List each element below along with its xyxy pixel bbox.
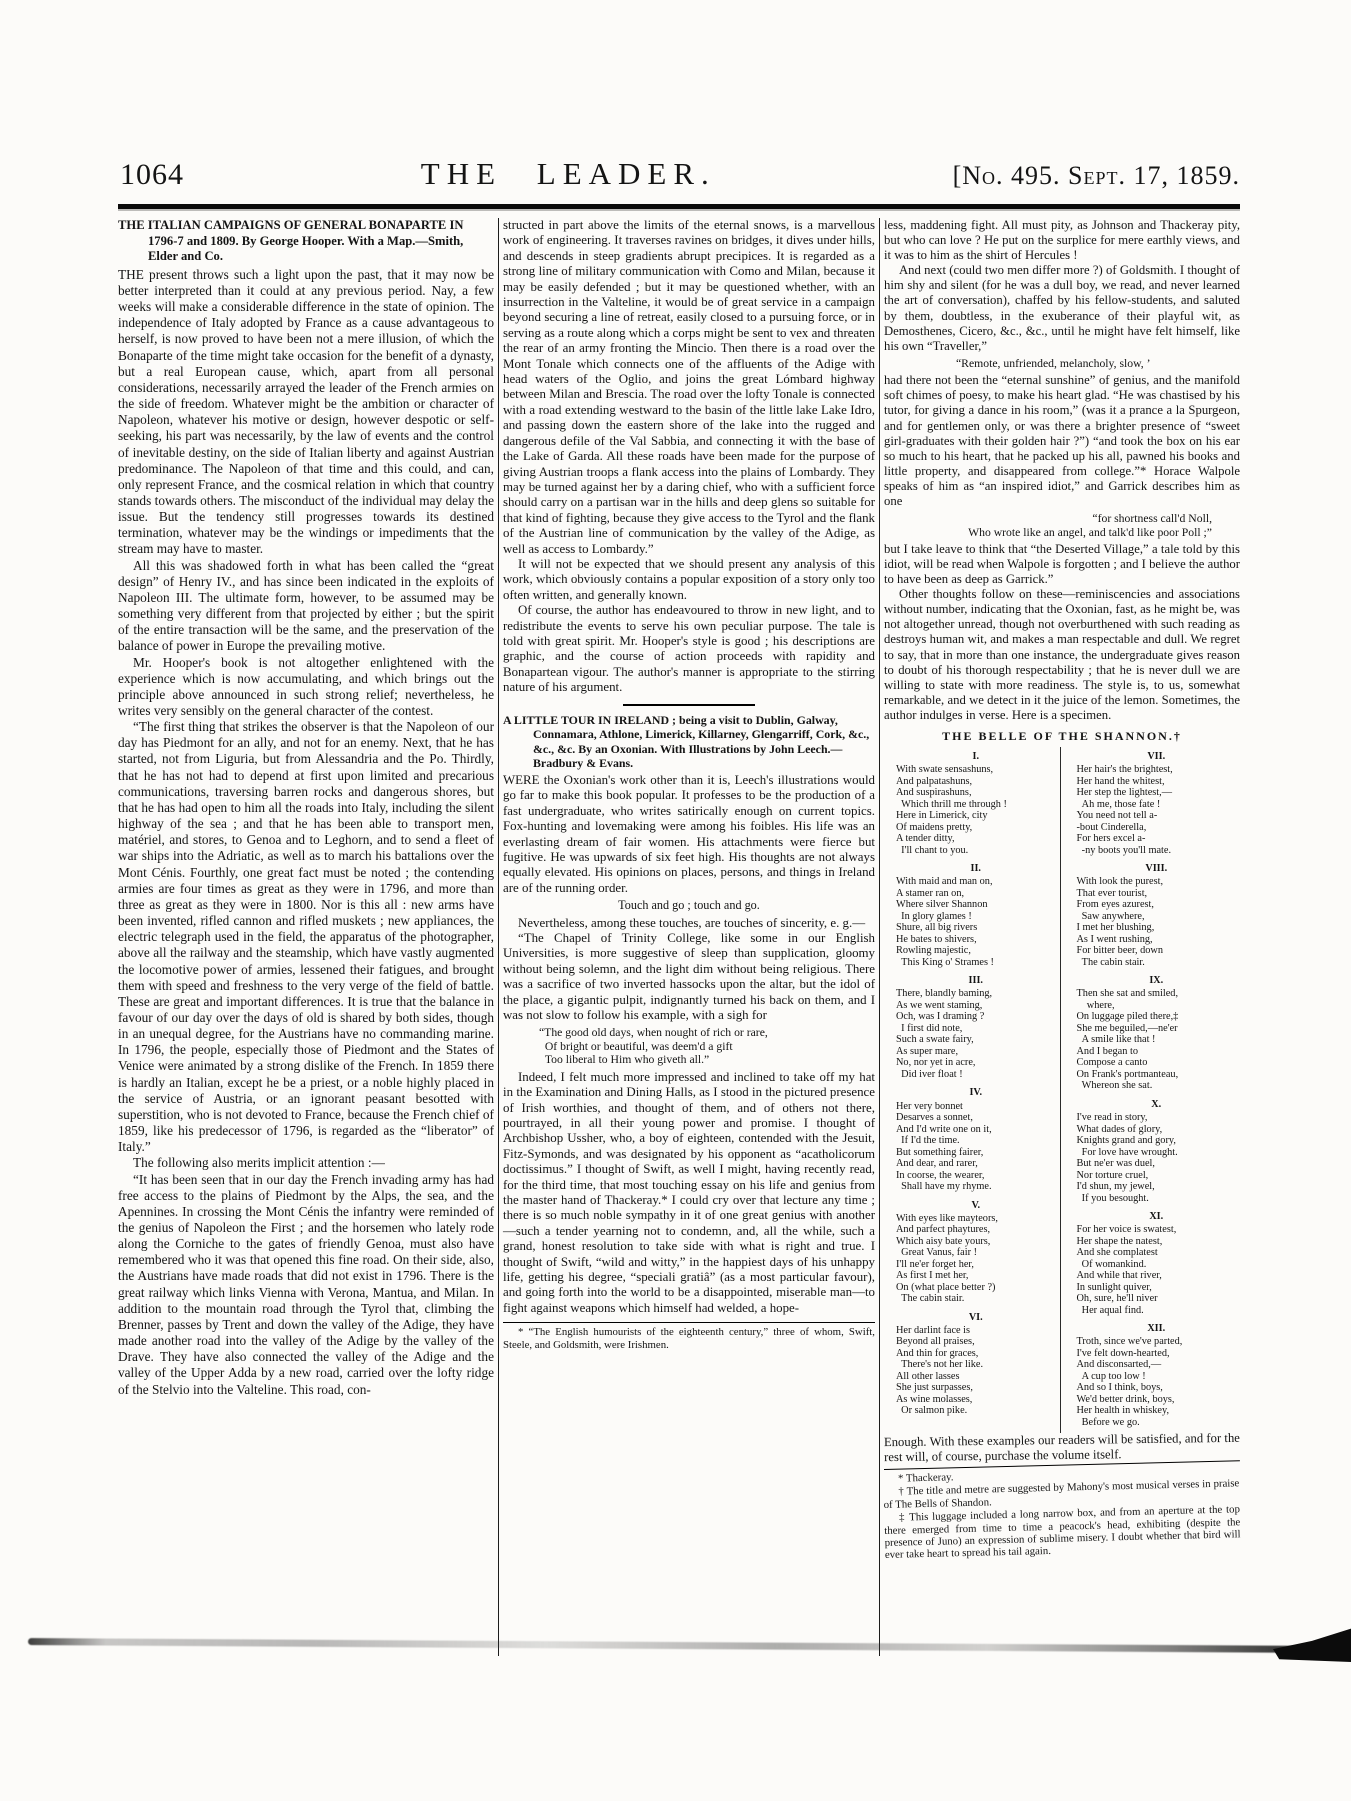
stanza-text: With eyes like mayteors, And parfect pha…	[896, 1213, 1056, 1305]
stanza: II. With maid and man on, A stamer ran o…	[896, 861, 1056, 968]
issue-line: [No. 495. Sept. 17, 1859.	[953, 161, 1240, 191]
column-1: THE ITALIAN CAMPAIGNS OF GENERAL BONAPAR…	[118, 218, 494, 1656]
article1-paragraph: All this was shadowed forth in what has …	[118, 558, 494, 655]
article1-paragraph: Of course, the author has endeavoured to…	[503, 603, 875, 695]
article1-paragraph: The following also merits implicit atten…	[118, 1155, 494, 1171]
stanza-text: Her very bonnet Desarves a sonnet, And I…	[896, 1101, 1056, 1193]
masthead-title: THE LEADER.	[421, 156, 716, 192]
article2-heading: A LITTLE TOUR IN IRELAND ; being a visit…	[503, 713, 875, 771]
stanza-text: Troth, since we've parted, I've felt dow…	[1077, 1336, 1237, 1428]
closing-paragraph: Enough. With these examples our readers …	[884, 1431, 1240, 1466]
stanza: III. There, blandly baming, As we went s…	[896, 973, 1056, 1080]
stanza: V. With eyes like mayteors, And parfect …	[896, 1198, 1056, 1305]
article2-paragraph: but I take leave to think that “the Dese…	[884, 542, 1240, 587]
column-2: structed in part above the limits of the…	[503, 218, 875, 1656]
article2-motto-line: Touch and go ; touch and go.	[503, 898, 875, 913]
stanza-text: I've read in story, What dades of glory,…	[1077, 1112, 1237, 1204]
stanza-number: III.	[896, 973, 1056, 988]
footnote-rule	[503, 1322, 875, 1323]
stanza: IX. Then she sat and smiled, where, On l…	[1077, 973, 1237, 1092]
article2-paragraph: WERE the Oxonian's work other than it is…	[503, 773, 875, 896]
poem-right-column: VII. Her hair's the brightest, Her hand …	[1060, 747, 1241, 1433]
article1-paragraph: It will not be expected that we should p…	[503, 557, 875, 603]
article2-paragraph: Other thoughts follow on these—reminisce…	[884, 587, 1240, 723]
stanza: I. With swate sensashuns, And palpatashu…	[896, 749, 1056, 856]
article2-paragraph: Indeed, I felt much more impressed and i…	[503, 1070, 875, 1317]
column-3: less, maddening fight. All must pity, as…	[884, 218, 1240, 1656]
poem-columns: I. With swate sensashuns, And palpatashu…	[884, 747, 1240, 1433]
stanza: VIII. With look the purest, That ever to…	[1077, 861, 1237, 968]
stanza: XI. For her voice is swatest, Her shape …	[1077, 1209, 1237, 1316]
column-divider	[498, 218, 499, 1656]
stanza-text: Her darlint face is Beyond all praises, …	[896, 1325, 1056, 1417]
footnote: * “The English humourists of the eightee…	[503, 1326, 875, 1351]
stanza-text: Her hair's the brightest, Her hand the w…	[1077, 764, 1237, 856]
article2-continuation-paragraph: less, maddening fight. All must pity, as…	[884, 218, 1240, 263]
article1-quote-paragraph: “The first thing that strikes the observ…	[118, 719, 494, 1155]
stanza-text: With look the purest, That ever tourist,…	[1077, 876, 1237, 968]
stanza-text: For her voice is swatest, Her shape the …	[1077, 1224, 1237, 1316]
article1-continuation-paragraph: structed in part above the limits of the…	[503, 218, 875, 557]
quoted-verse: “Remote, unfriended, melancholy, slow, ’	[956, 357, 1240, 370]
stanza-number: I.	[896, 749, 1056, 764]
article2-paragraph: had there not been the “eternal sunshine…	[884, 373, 1240, 509]
stanza-number: VIII.	[1077, 861, 1237, 876]
page-header: 1064 THE LEADER. [No. 495. Sept. 17, 185…	[120, 156, 1240, 192]
stanza: X. I've read in story, What dades of glo…	[1077, 1097, 1237, 1204]
poem-left-column: I. With swate sensashuns, And palpatashu…	[884, 747, 1060, 1433]
footnote: ‡ This luggage included a long narrow bo…	[884, 1504, 1241, 1562]
stanza-text: Then she sat and smiled, where, On lugga…	[1077, 988, 1237, 1092]
stanza-text: There, blandly baming, As we went stamin…	[896, 988, 1056, 1080]
columns-container: THE ITALIAN CAMPAIGNS OF GENERAL BONAPAR…	[118, 218, 1240, 1656]
stanza: XII. Troth, since we've parted, I've fel…	[1077, 1321, 1237, 1428]
stanza-number: II.	[896, 861, 1056, 876]
stanza-number: VII.	[1077, 749, 1237, 764]
quoted-verse: “for shortness call'd Noll, Who wrote li…	[900, 512, 1212, 539]
article1-quote-paragraph: “It has been seen that in our day the Fr…	[118, 1172, 494, 1398]
stanza: IV. Her very bonnet Desarves a sonnet, A…	[896, 1085, 1056, 1192]
stanza-number: IX.	[1077, 973, 1237, 988]
article1-paragraph: THE present throws such a light upon the…	[118, 267, 494, 558]
poem-title: THE BELLE OF THE SHANNON.†	[884, 729, 1240, 744]
article2-paragraph: Nevertheless, among these touches, are t…	[503, 916, 875, 931]
stanza: VII. Her hair's the brightest, Her hand …	[1077, 749, 1237, 856]
article2-quote-paragraph: “The Chapel of Trinity College, like som…	[503, 931, 875, 1023]
column-divider	[879, 218, 880, 1656]
stanza-number: XII.	[1077, 1321, 1237, 1336]
stanza-text: With swate sensashuns, And palpatashuns,…	[896, 764, 1056, 856]
poem-belle-of-the-shannon: THE BELLE OF THE SHANNON.† I. With swate…	[884, 729, 1240, 1433]
stanza-number: IV.	[896, 1085, 1056, 1100]
stanza: VI. Her darlint face is Beyond all prais…	[896, 1310, 1056, 1417]
article1-heading: THE ITALIAN CAMPAIGNS OF GENERAL BONAPAR…	[118, 218, 494, 265]
stanza-number: VI.	[896, 1310, 1056, 1325]
stanza-text: With maid and man on, A stamer ran on, W…	[896, 876, 1056, 968]
newspaper-page: 1064 THE LEADER. [No. 495. Sept. 17, 185…	[0, 0, 1351, 1801]
article-separator-rule	[623, 704, 755, 706]
article2-paragraph: And next (could two men differ more ?) o…	[884, 263, 1240, 354]
page-number: 1064	[120, 158, 184, 192]
quoted-verse: “The good old days, when nought of rich …	[539, 1026, 875, 1066]
stanza-number: V.	[896, 1198, 1056, 1213]
article1-paragraph: Mr. Hooper's book is not altogether enli…	[118, 655, 494, 720]
stanza-number: XI.	[1077, 1209, 1237, 1224]
stanza-number: X.	[1077, 1097, 1237, 1112]
footnotes-block: * Thackeray. † The title and metre are s…	[883, 1465, 1241, 1563]
header-rule	[118, 204, 1240, 209]
